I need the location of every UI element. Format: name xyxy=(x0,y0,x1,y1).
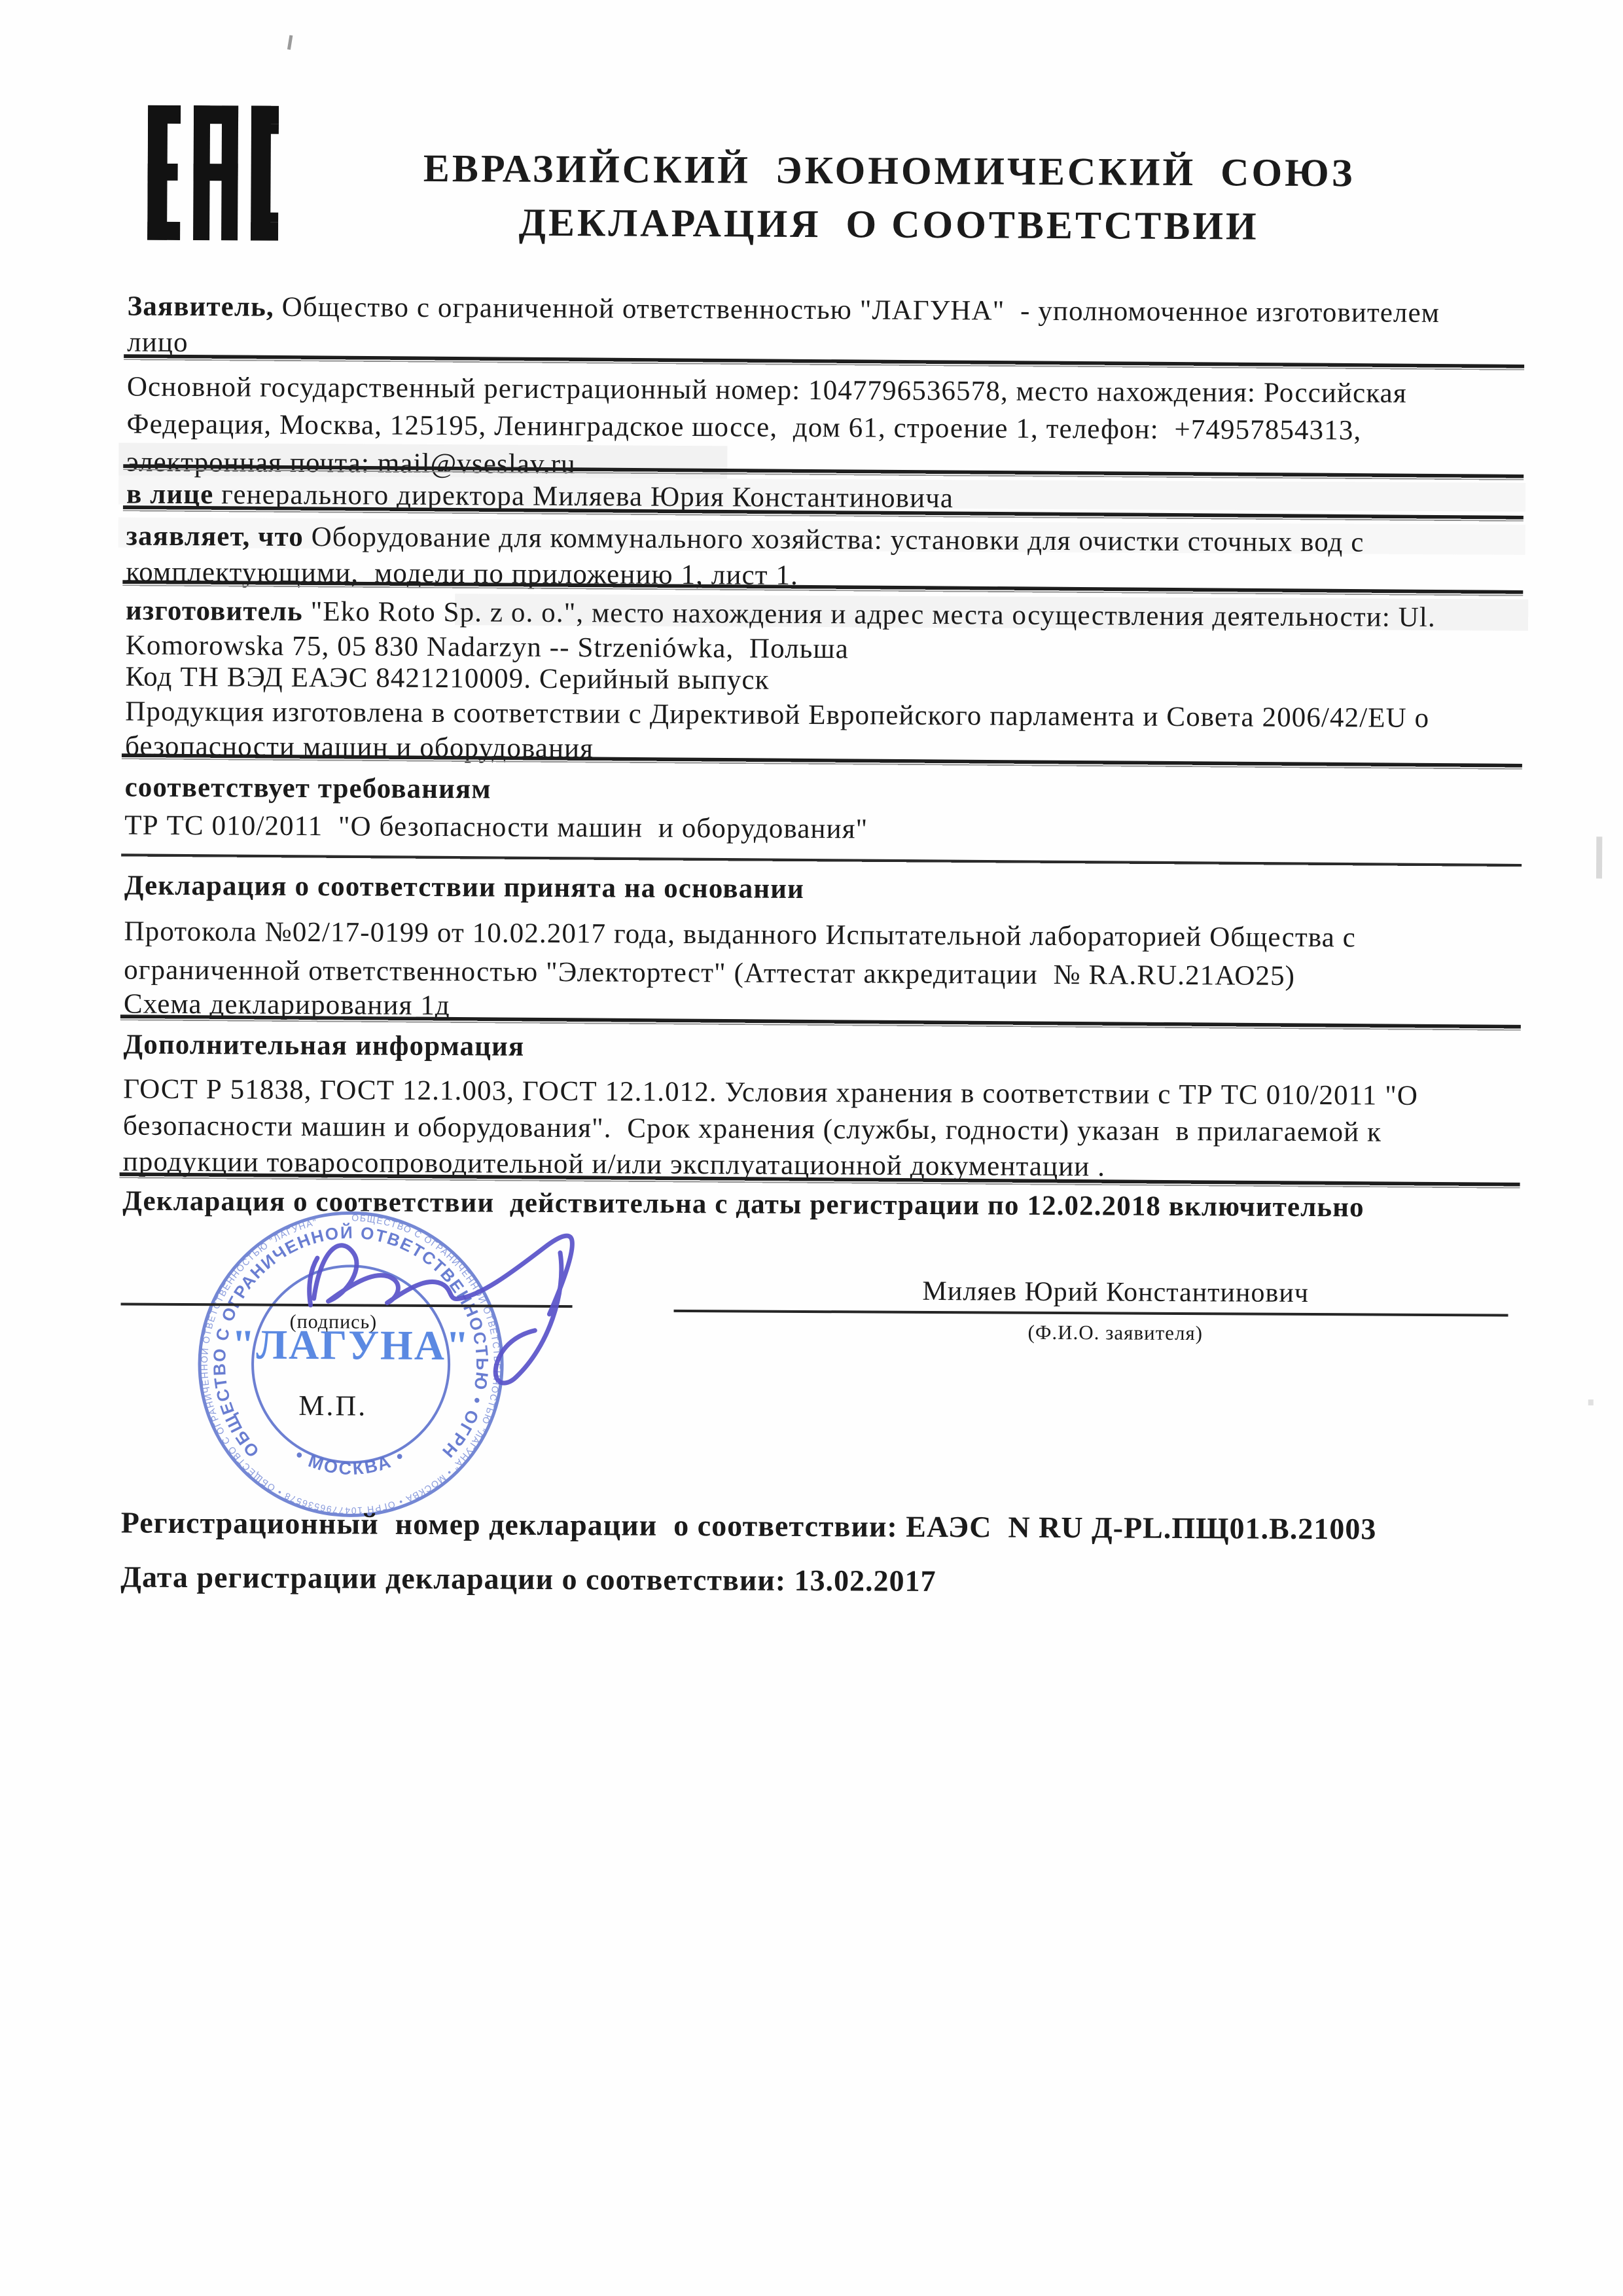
manufacturer-label: изготовитель xyxy=(126,596,303,627)
eac-logo xyxy=(147,105,279,241)
scan-speck xyxy=(287,35,293,50)
basis-line1: Протокола №02/17-0199 от 10.02.2017 года… xyxy=(124,916,1356,954)
handwritten-signature xyxy=(248,1200,694,1399)
svg-text:• МОСКВА •: • МОСКВА • xyxy=(292,1445,409,1479)
stamp-city-text: • МОСКВА • xyxy=(292,1445,409,1479)
name-caption: (Ф.И.О. заявителя) xyxy=(713,1319,1518,1346)
complies-heading: соответствует требованиям xyxy=(125,772,491,806)
additional-line2: безопасности машин и оборудования". Срок… xyxy=(123,1110,1382,1149)
additional-heading: Дополнительная информация xyxy=(123,1029,524,1064)
scan-speck xyxy=(1596,836,1602,878)
separator-rule xyxy=(124,354,1524,371)
ogrn-line3: электронная почта: mail@vseslav.ru xyxy=(126,446,576,481)
ogrn-line2: Федерация, Москва, 125195, Ленинградское… xyxy=(126,408,1361,447)
registration-number-line: Регистрационный номер декларации о соотв… xyxy=(121,1505,1377,1547)
ogrn-line1: Основной государственный регистрационный… xyxy=(127,371,1407,410)
document-title-line2: ДЕКЛАРАЦИЯ О СООТВЕТСТВИИ xyxy=(365,199,1412,249)
directive-line1: Продукция изготовлена в соответствии с Д… xyxy=(125,696,1429,735)
scan-speck xyxy=(1588,1399,1594,1405)
applicant-name: Миляев Юрий Константинович xyxy=(713,1274,1518,1310)
manufacturer-line1: изготовитель "Eko Roto Sp. z o. o.", мес… xyxy=(126,595,1436,634)
basis-line2: ограниченной ответственностью "Электорте… xyxy=(124,954,1295,993)
manufacturer-line2: Komorowska 75, 05 830 Nadarzyn -- Strzen… xyxy=(126,630,849,666)
regulation-line: ТР ТС 010/2011 "О безопасности машин и о… xyxy=(124,810,868,846)
separator-rule xyxy=(121,853,1522,869)
declaration-document-page: ЕВРАЗИЙСКИЙ ЭКОНОМИЧЕСКИЙ СОЮЗ ДЕКЛАРАЦИ… xyxy=(0,0,1623,2296)
signature-line-right xyxy=(673,1310,1508,1317)
declares-line1: заявляет, что Оборудование для коммуналь… xyxy=(126,520,1364,559)
manufacturer-line1-text: "Eko Roto Sp. z o. o.", место нахождения… xyxy=(303,596,1436,633)
declares-line1-text: Оборудование для коммунального хозяйства… xyxy=(304,522,1364,558)
scanned-content: ЕВРАЗИЙСКИЙ ЭКОНОМИЧЕСКИЙ СОЮЗ ДЕКЛАРАЦИ… xyxy=(0,0,1623,2296)
registration-date-line: Дата регистрации декларации о соответств… xyxy=(120,1560,936,1599)
basis-heading: Декларация о соответствии принята на осн… xyxy=(124,870,804,906)
tnved-code-line: Код ТН ВЭД ЕАЭС 8421210009. Серийный вып… xyxy=(125,661,769,697)
applicant-line1-text: Общество с ограниченной ответственностью… xyxy=(274,292,1440,329)
additional-line1: ГОСТ Р 51838, ГОСТ 12.1.003, ГОСТ 12.1.0… xyxy=(123,1073,1418,1113)
document-title-line1: ЕВРАЗИЙСКИЙ ЭКОНОМИЧЕСКИЙ СОЮЗ xyxy=(365,145,1412,196)
separator-rule xyxy=(120,1014,1521,1031)
declares-label: заявляет, что xyxy=(126,521,304,552)
applicant-label: Заявитель, xyxy=(127,291,274,323)
applicant-line1: Заявитель, Общество с ограниченной ответ… xyxy=(127,291,1440,330)
